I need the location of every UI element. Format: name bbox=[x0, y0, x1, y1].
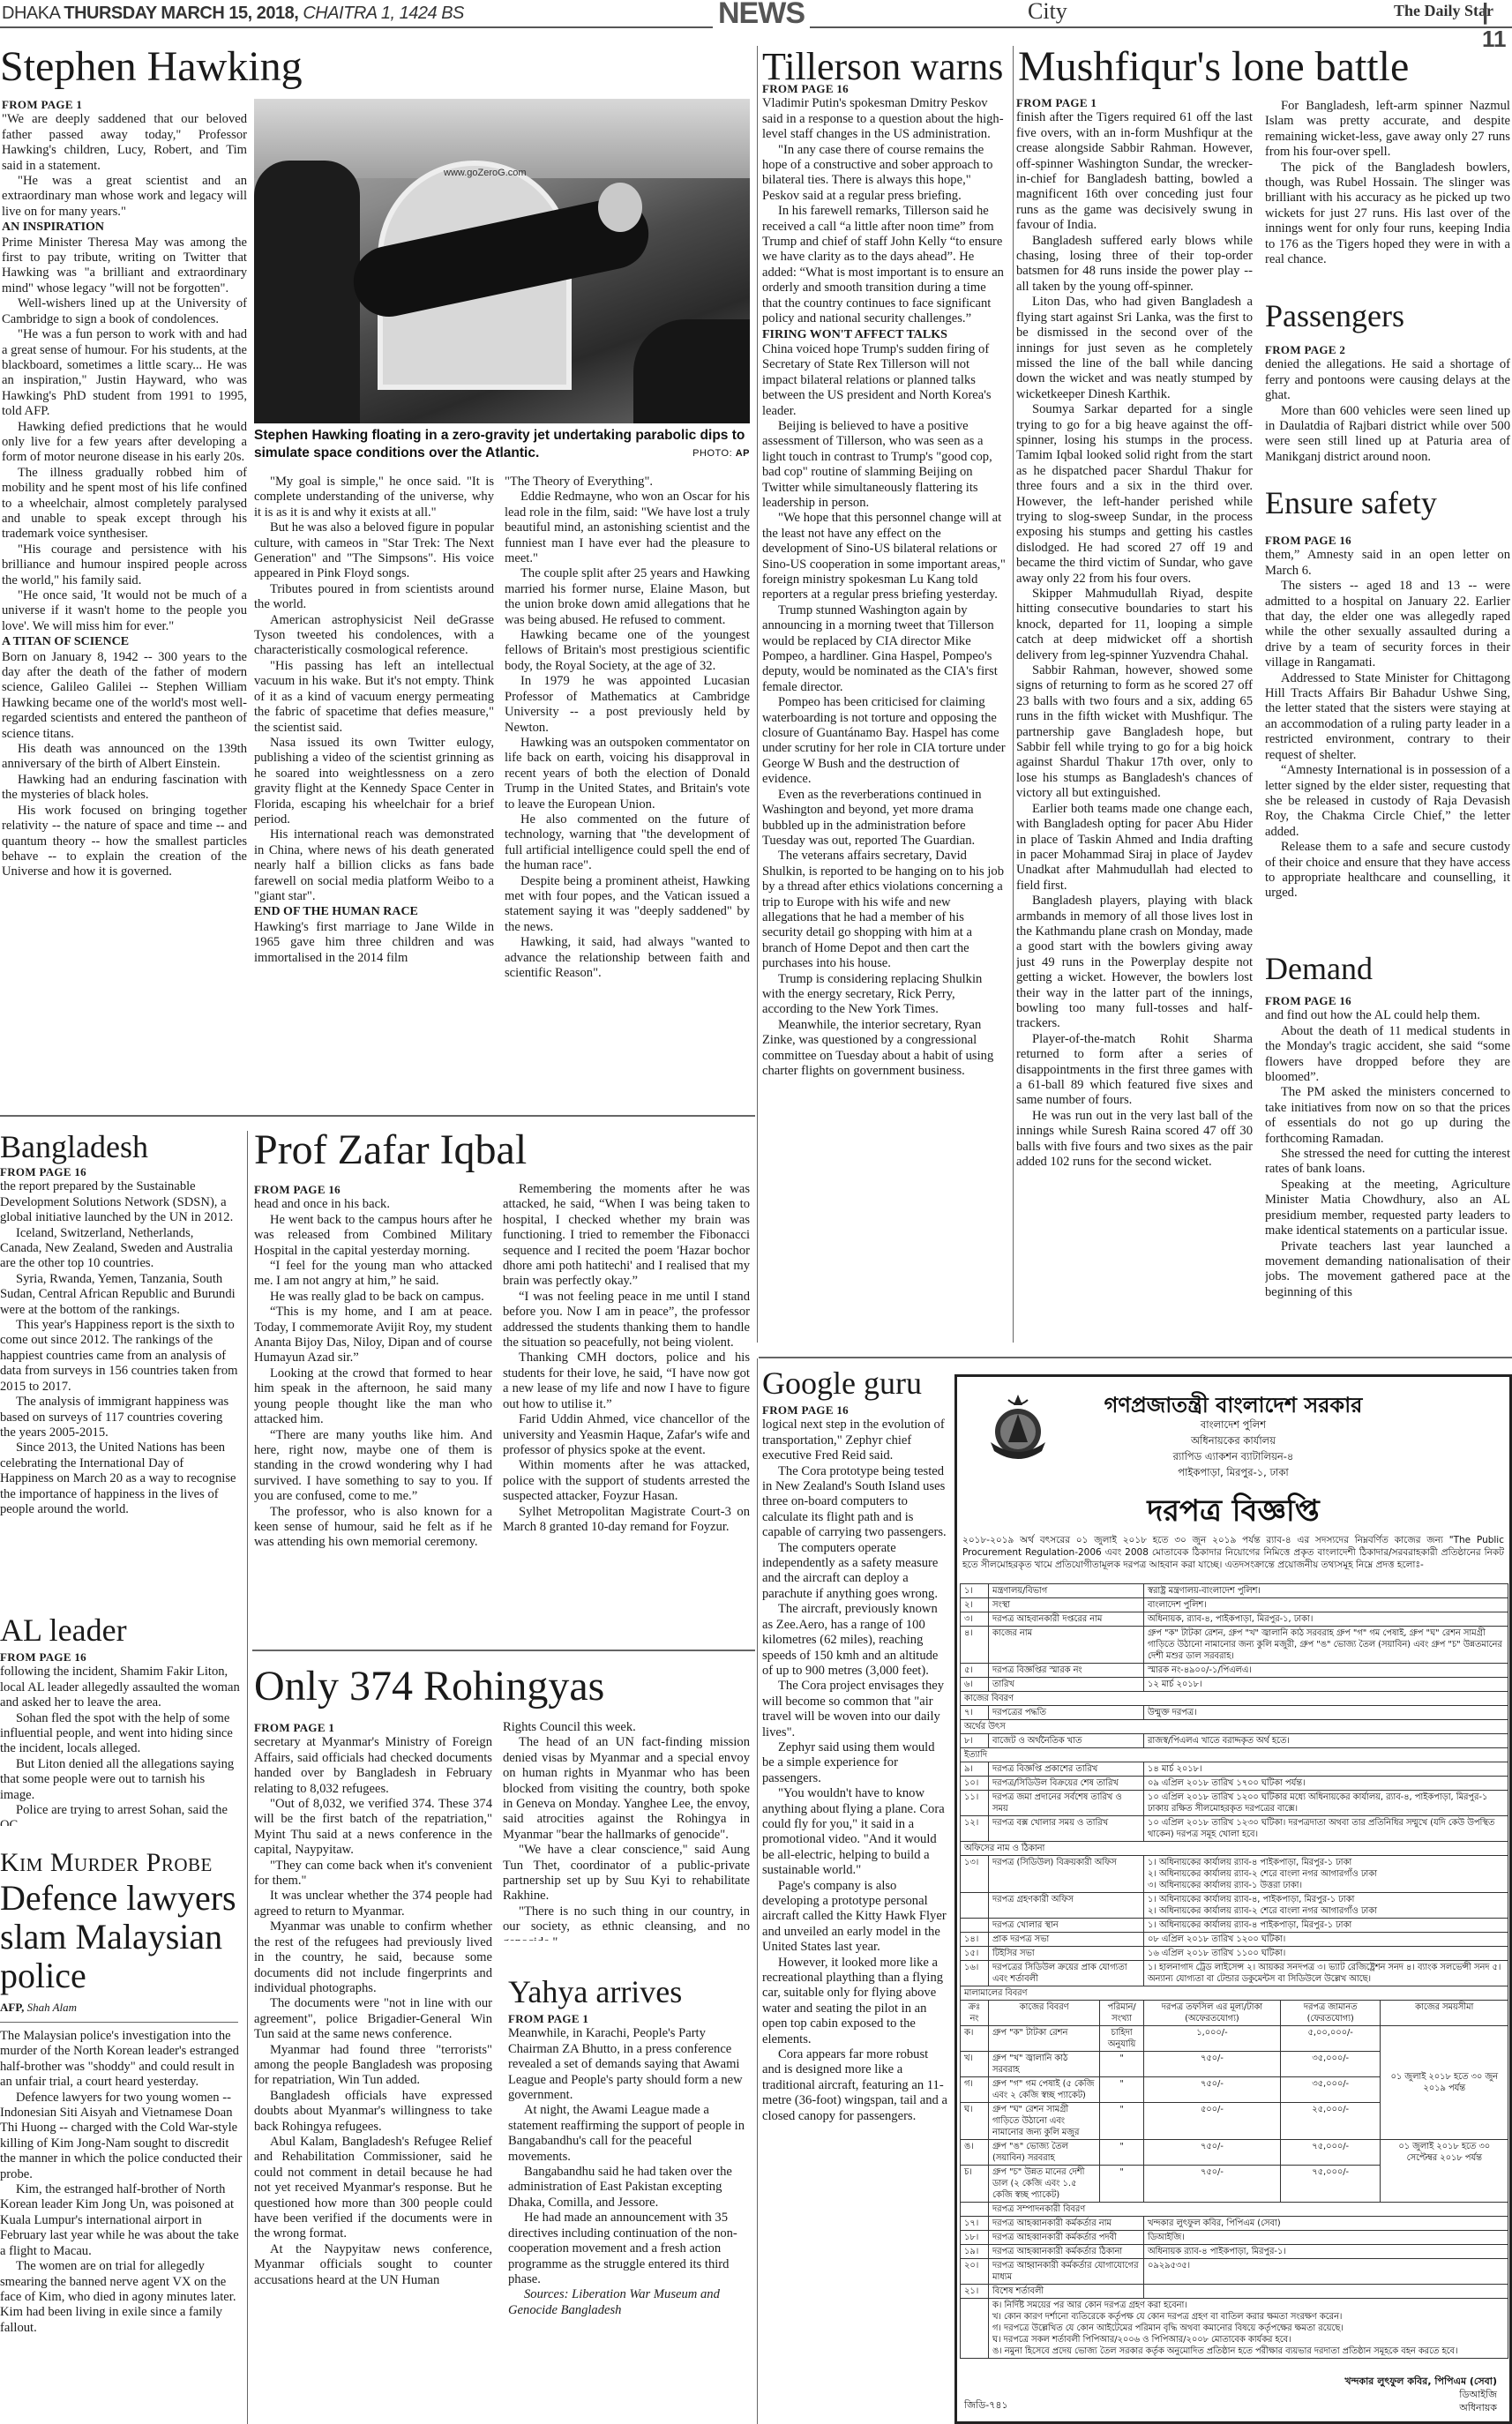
table-row: ১৪।প্রাক দরপত্র সভা০৮ এপ্রিল ২০১৮ তারিখ … bbox=[961, 1933, 1508, 1947]
table-row: দরপত্র খোলার স্থান১। অধিনায়কের কার্যালয… bbox=[961, 1919, 1508, 1933]
goods-row: ক।গ্রুপ "ক" টাটকা রেশনচাহিদা অনুযায়ি১,০… bbox=[961, 2026, 1508, 2052]
section-row: ইত্যাদি bbox=[961, 1748, 1508, 1762]
row-label: দরপত্র আহব্বানকারী কর্মকর্তার পদবী bbox=[989, 2231, 1144, 2245]
row-number: ১০। bbox=[961, 1777, 989, 1791]
paragraph: Sabbir Rahman, however, showed some sign… bbox=[1016, 663, 1253, 802]
row-number: ১৪। bbox=[961, 1933, 989, 1947]
special-conditions: ক। নির্দিষ্ট সময়ের পর আর কোন দরপত্র গ্র… bbox=[989, 2299, 1508, 2359]
paragraph: Skipper Mahmudullah Riyad, despite hitti… bbox=[1016, 587, 1253, 663]
paragraph: finish after the Tigers required 61 off … bbox=[1016, 110, 1253, 233]
paragraph: "We are deeply saddened that our beloved… bbox=[2, 112, 247, 174]
paragraph: He was really glad to be back on campus. bbox=[254, 1290, 492, 1305]
row-value: ১০ এপ্রিল ২০১৮ তারিখ ১২০০ ঘটিকার মধ্যে অ… bbox=[1144, 1791, 1508, 1816]
paragraph: Myanmar was unable to confirm whether th… bbox=[254, 1919, 492, 1996]
row-number: ৯। bbox=[961, 1762, 989, 1777]
row-label: দরপত্র গ্রহণকারী অফিস bbox=[989, 1893, 1144, 1919]
kicker: FROM PAGE 16 bbox=[0, 1650, 243, 1665]
article-headline-hawking: Stephen Hawking bbox=[0, 46, 303, 88]
section-row: দরপত্র সম্পাদনকারী বিবরণ bbox=[961, 2203, 1508, 2217]
photo-credit: PHOTO: AP bbox=[692, 445, 750, 462]
row-number: ৪। bbox=[961, 1627, 989, 1664]
paragraph: Born on January 8, 1942 -- 300 years to … bbox=[2, 650, 247, 742]
item-quantity: চাহিদা অনুযায়ি bbox=[1100, 2026, 1144, 2052]
demand-body: FROM PAGE 16 and find out how the AL cou… bbox=[1265, 993, 1510, 1337]
column-rule bbox=[247, 1131, 248, 2424]
google-body: FROM PAGE 16 logical next step in the ev… bbox=[762, 1403, 947, 2424]
item-deposit: ৩৫,০০০/- bbox=[1280, 2077, 1381, 2103]
column-rule bbox=[1013, 46, 1014, 1343]
section-row: কাজের বিবরণ bbox=[961, 1692, 1508, 1706]
paragraph: Hawking became one of the youngest fello… bbox=[505, 628, 750, 674]
dateline-city: DHAKA bbox=[2, 4, 59, 23]
section-label: দরপত্র সম্পাদনকারী বিবরণ bbox=[989, 2203, 1508, 2217]
section-label: ইত্যাদি bbox=[961, 1748, 1508, 1762]
row-label: বিশেষ শর্তাবলী bbox=[989, 2285, 1144, 2299]
kim-body: The Malaysian police's investigation int… bbox=[0, 2029, 245, 2421]
page-masthead: DHAKA THURSDAY MARCH 15, 2018, CHAITRA 1… bbox=[0, 0, 1512, 28]
paragraph: Rights Council this week. bbox=[503, 1720, 750, 1735]
article-body: logical next step in the evolution of tr… bbox=[762, 1418, 947, 2124]
paragraph: Hawking had an enduring fascination with… bbox=[2, 773, 247, 804]
article-headline-al-leader: AL leader bbox=[0, 1614, 127, 1646]
paragraph: "We have a clear conscience," said Aung … bbox=[503, 1843, 750, 1904]
subheading: FIRING WON'T AFFECT TALKS bbox=[762, 327, 1007, 342]
paragraph: The computers operate independently as a… bbox=[762, 1541, 947, 1603]
item-description: গ্রুপ "ঘ" রেশন সামগ্রী গাড়িতে উঠানো এবং… bbox=[989, 2103, 1100, 2140]
paragraph: "His passing has left an intellectual va… bbox=[254, 659, 494, 736]
dateline-bangla-date: CHAITRA 1, 1424 BS bbox=[303, 4, 464, 23]
paragraph: About the death of 11 medical students i… bbox=[1265, 1024, 1510, 1086]
item-period: ০১ জুলাই ২০১৮ হতে ৩০ সেপ্টেম্বর ২০১৮ পর্… bbox=[1381, 2140, 1508, 2203]
table-row: ৫।দরপত্র বিজ্ঞপ্তির স্মারক নংস্মারক নং-৪… bbox=[961, 1664, 1508, 1678]
row-label: প্রাক দরপত্র সভা bbox=[989, 1933, 1144, 1947]
paragraph: “Amnesty International is in possession … bbox=[1265, 763, 1510, 840]
table-row: ১৯।দরপত্র আহব্বানকারী কর্মকর্তার ঠিকানাঅ… bbox=[961, 2245, 1508, 2259]
row-number: ৭। bbox=[961, 1706, 989, 1720]
subheading: AN INSPIRATION bbox=[2, 220, 247, 235]
paragraph: “This is my home, and I am at peace. Tod… bbox=[254, 1305, 492, 1366]
row-label: দরপত্র আহব্বানকারী কর্মকর্তার ঠিকানা bbox=[989, 2245, 1144, 2259]
paragraph: The pick of the Bangladesh bowlers, thou… bbox=[1265, 161, 1510, 268]
article-headline-bangladesh: Bangladesh bbox=[0, 1131, 148, 1163]
row-value bbox=[1144, 2285, 1508, 2299]
paragraph: His work focused on bringing together re… bbox=[2, 804, 247, 880]
byline-agency: AFP, bbox=[0, 2001, 24, 2014]
paragraph: The illness gradually robbed him of mobi… bbox=[2, 466, 247, 542]
row-label: দরপত্র বিজ্ঞপ্তি প্রকাশের তারিখ bbox=[989, 1762, 1144, 1777]
article-body: following the incident, Shamim Fakir Lit… bbox=[0, 1665, 243, 1826]
row-number: ৬। bbox=[961, 1678, 989, 1692]
row-label: বাজেট ও অর্থনৈতিক খাত bbox=[989, 1734, 1144, 1748]
paragraph: Well-wishers lined up at the University … bbox=[2, 296, 247, 327]
row-number: ১৫। bbox=[961, 1947, 989, 1961]
row-value: ডিআইজি। bbox=[1144, 2231, 1508, 2245]
row-value: স্মারক নং-৪৯০০/-১/পিএলএ। bbox=[1144, 1664, 1508, 1678]
paragraph: "There is no such thing in our country, … bbox=[503, 1904, 750, 1941]
paragraph: China voiced hope Trump's sudden firing … bbox=[762, 342, 1007, 419]
row-number: ৫। bbox=[961, 1664, 989, 1678]
al-leader-body: FROM PAGE 16 following the incident, Sha… bbox=[0, 1650, 243, 1826]
paragraph: This year's Happiness report is the sixt… bbox=[0, 1318, 238, 1395]
paragraph: The analysis of immigrant happiness was … bbox=[0, 1395, 238, 1440]
row-value: ০৯ এপ্রিল ২০১৮ তারিখ ১৭০০ ঘটিকা পর্যন্ত। bbox=[1144, 1777, 1508, 1791]
section-label: NEWS bbox=[713, 0, 810, 31]
ad-org-line: বাংলাদেশ পুলিশ bbox=[957, 1418, 1509, 1434]
paragraph: and find out how the AL could help them. bbox=[1265, 1008, 1510, 1023]
paragraph: Bangabandhu said he had taken over the a… bbox=[508, 2165, 752, 2211]
paragraph: Liton Das, who had given Bangladesh a fl… bbox=[1016, 295, 1253, 402]
paragraph: secretary at Myanmar's Ministry of Forei… bbox=[254, 1735, 492, 1797]
dateline-date: THURSDAY MARCH 15, 2018, bbox=[64, 4, 298, 23]
paragraph: Trump stunned Washington again by announ… bbox=[762, 603, 1007, 695]
item-number: গ। bbox=[961, 2077, 989, 2103]
paragraph: Abul Kalam, Bangladesh's Refugee Relief … bbox=[254, 2135, 492, 2242]
photo-hawking-face bbox=[598, 183, 642, 232]
paragraph: His death was announced on the 139th ann… bbox=[2, 742, 247, 773]
row-label: দরপত্র জমা প্রদানের সর্বশেষ তারিখ ও সময় bbox=[989, 1791, 1144, 1816]
paragraph: logical next step in the evolution of tr… bbox=[762, 1418, 947, 1463]
mushfiqur-col-1: FROM PAGE 1 finish after the Tigers requ… bbox=[1016, 95, 1253, 1339]
paragraph: Kim, the estranged half-brother of North… bbox=[0, 2182, 245, 2259]
article-body: Remembering the moments after he was att… bbox=[503, 1182, 750, 1535]
paragraph: The Cora prototype being tested in New Z… bbox=[762, 1464, 947, 1541]
item-number: চ। bbox=[961, 2166, 989, 2203]
paragraph: For Bangladesh, left-arm spinner Nazmul … bbox=[1265, 99, 1510, 161]
paragraph: The veterans affairs secretary, David Sh… bbox=[762, 849, 1007, 971]
article-headline-mushfiqur: Mushfiqur's lone battle bbox=[1018, 46, 1409, 88]
row-label: টিইসির সভা bbox=[989, 1947, 1144, 1961]
row-value: ১২ মার্চ ২০১৮। bbox=[1144, 1678, 1508, 1692]
paragraph: Syria, Rwanda, Yemen, Tanzania, South Su… bbox=[0, 1272, 238, 1318]
item-description: গ্রুপ "ক" টাটকা রেশন bbox=[989, 2026, 1100, 2052]
paragraph: Thanking CMH doctors, police and his stu… bbox=[503, 1350, 750, 1412]
item-quantity: " bbox=[1100, 2140, 1144, 2166]
condition-item: ঘ। দরপত্রে সকল শর্তাবলী পিপিআর/২০০৬ ও পি… bbox=[992, 2334, 1504, 2345]
article-overline-kim: Kim Murder Probe bbox=[0, 1848, 213, 1878]
table-row: ২।সংস্থাবাংলাদেশ পুলিশ। bbox=[961, 1598, 1508, 1612]
paragraph: But Liton denied all the allegations say… bbox=[0, 1757, 243, 1803]
paragraph: "We hope that this personnel change will… bbox=[762, 511, 1007, 602]
photo-person-left bbox=[254, 161, 360, 423]
paragraph: Even as the reverberations continued in … bbox=[762, 788, 1007, 849]
kicker: FROM PAGE 16 bbox=[762, 81, 1007, 96]
item-description: গ্রুপ "চ" উন্নত মানের দেশী ডাল (২ কেজি এ… bbox=[989, 2166, 1100, 2203]
item-schedule-price: ৭৫০/- bbox=[1144, 2166, 1281, 2203]
table-row: ২১।বিশেষ শর্তাবলী bbox=[961, 2285, 1508, 2299]
hawking-col-2: "My goal is simple," he once said. "It i… bbox=[254, 475, 494, 1111]
credit-source: AP bbox=[736, 448, 750, 459]
row-value: ০৯২৯৫৩৫। bbox=[1144, 2259, 1508, 2285]
item-schedule-price: ৭৫০/- bbox=[1144, 2052, 1281, 2077]
paragraph: The couple split after 25 years and Hawk… bbox=[505, 566, 750, 628]
source-note: Sources: Liberation War Museum and Genoc… bbox=[508, 2287, 752, 2318]
paragraph: More than 600 vehicles were seen lined u… bbox=[1265, 404, 1510, 466]
item-description: গ্রুপ "ঙ" ভোজ্য তৈল (সয়াবিন) সরবরাহ bbox=[989, 2140, 1100, 2166]
paragraph: At the Naypyitaw news conference, Myanma… bbox=[254, 2242, 492, 2288]
subsection-label: City bbox=[1028, 0, 1067, 25]
signatory-rank: ডিআইজি bbox=[1344, 2388, 1497, 2401]
row-label: তারিখ bbox=[989, 1678, 1144, 1692]
item-number: খ। bbox=[961, 2052, 989, 2077]
article-body: For Bangladesh, left-arm spinner Nazmul … bbox=[1265, 99, 1510, 267]
paragraph: The Malaysian police's investigation int… bbox=[0, 2029, 245, 2091]
paragraph: Cora appears far more robust and is desi… bbox=[762, 2047, 947, 2124]
mushfiqur-col-2: For Bangladesh, left-arm spinner Nazmul … bbox=[1265, 99, 1510, 293]
newspaper-logo: The Daily Star bbox=[1394, 2, 1493, 20]
article-body: "My goal is simple," he once said. "It i… bbox=[254, 475, 494, 966]
paragraph: Soumya Sarkar departed for a single tryi… bbox=[1016, 402, 1253, 587]
section-label: অর্থের উৎস bbox=[961, 1720, 1508, 1734]
row-value: ১০ এপ্রিল ২০১৮ তারিখ ১২৩০ ঘটিকা। দরপত্রদ… bbox=[1144, 1816, 1508, 1842]
paragraph: Earlier both teams made one change each,… bbox=[1016, 802, 1253, 894]
paragraph: Looking at the crowd that formed to hear… bbox=[254, 1366, 492, 1428]
paragraph: denied the allegations. He said a shorta… bbox=[1265, 357, 1510, 403]
item-description: গ্রুপ "খ" জ্বালানি কাঠ সরবরাহ bbox=[989, 2052, 1100, 2077]
row-number bbox=[961, 1893, 989, 1919]
table-row: ৯।দরপত্র বিজ্ঞপ্তি প্রকাশের তারিখ১৪ মার্… bbox=[961, 1762, 1508, 1777]
table-row: ৭।দরপত্রের পদ্ধতিউন্মুক্ত দরপত্র। bbox=[961, 1706, 1508, 1720]
paragraph: Meanwhile, the interior secretary, Ryan … bbox=[762, 1018, 1007, 1080]
section-label: কাজের বিবরণ bbox=[961, 1692, 1508, 1706]
row-number: ১২। bbox=[961, 1816, 989, 1842]
byline-rule bbox=[0, 2022, 238, 2023]
paragraph: "They can come back when it's convenient… bbox=[254, 1859, 492, 1889]
row-label: দরপত্র (সিডিউল) বিক্রয়কারী অফিস bbox=[989, 1856, 1144, 1893]
paragraph: He also commented on the future of techn… bbox=[505, 812, 750, 874]
row-value: রাজস্ব/পিএলএ খাতে বরাদ্দকৃত অর্থ হতে। bbox=[1144, 1734, 1508, 1748]
paragraph: Zephyr said using them would be a simple… bbox=[762, 1740, 947, 1786]
paragraph: “I feel for the young man who attacked m… bbox=[254, 1259, 492, 1290]
kicker: FROM PAGE 16 bbox=[1265, 993, 1510, 1008]
article-headline-passengers: Passengers bbox=[1265, 300, 1404, 332]
item-deposit: ৫,০০,০০০/- bbox=[1280, 2026, 1381, 2052]
kicker: FROM PAGE 16 bbox=[1265, 533, 1510, 548]
conditions-row: ক। নির্দিষ্ট সময়ের পর আর কোন দরপত্র গ্র… bbox=[961, 2299, 1508, 2359]
paragraph: He was run out in the very last ball of … bbox=[1016, 1109, 1253, 1171]
paragraph: Within moments after he was attacked, po… bbox=[503, 1458, 750, 1504]
paragraph: the report prepared by the Sustainable D… bbox=[0, 1179, 238, 1225]
row-value: ১। অধিনায়কের কার্যালয় র‌্যাব-৪ পাইকপাড… bbox=[1144, 1856, 1508, 1893]
paragraph: Speaking at the meeting, Agriculture Min… bbox=[1265, 1178, 1510, 1239]
paragraph: "He was a great scientist and an extraor… bbox=[2, 174, 247, 220]
column-rule bbox=[757, 1358, 758, 2424]
section-row: অফিসের নাম ও ঠিকানা bbox=[961, 1842, 1508, 1856]
paragraph: Hawking was an outspoken commentator on … bbox=[505, 736, 750, 812]
hawking-col-3: "The Theory of Everything".Eddie Redmayn… bbox=[505, 475, 750, 1111]
page-number-value: 11 bbox=[1482, 26, 1507, 52]
column-header: কাজের বিবরণ bbox=[989, 2001, 1100, 2026]
paragraph: The professor, who is also known for a k… bbox=[254, 1505, 492, 1551]
column-header: পরিমান/সংখ্যা bbox=[1100, 2001, 1144, 2026]
row-value: খন্দকার লুৎফুল কবির, পিপিএম (সেবা) bbox=[1144, 2217, 1508, 2231]
passengers-body: FROM PAGE 2 denied the allegations. He s… bbox=[1265, 342, 1510, 475]
table-row: ২০।দরপত্র আহ্বানকারী কর্মকর্তার যোগাযোগে… bbox=[961, 2259, 1508, 2285]
item-schedule-price: ৭৫০/- bbox=[1144, 2077, 1281, 2103]
kicker: FROM PAGE 16 bbox=[0, 1164, 238, 1179]
paragraph: Farid Uddin Ahmed, vice chancellor of th… bbox=[503, 1412, 750, 1458]
article-headline-kim: Defence lawyers slam Malaysian police bbox=[0, 1879, 247, 1995]
article-headline-yahya: Yahya arrives bbox=[508, 1976, 682, 2008]
item-number: ক। bbox=[961, 2026, 989, 2052]
paragraph: Vladimir Putin's spokesman Dmitry Peskov… bbox=[762, 96, 1007, 142]
row-value: ১। হালনাগাদ ট্রেড লাইসেন্স ২। আয়কর সনদপ… bbox=[1144, 1961, 1508, 1986]
row-value: বাংলাদেশ পুলিশ। bbox=[1144, 1598, 1508, 1612]
paragraph: Hawking defied predictions that he would… bbox=[2, 420, 247, 466]
table-row: দরপত্র গ্রহণকারী অফিস১। অধিনায়কের কার্য… bbox=[961, 1893, 1508, 1919]
row-number: ২০। bbox=[961, 2259, 989, 2285]
column-header: ক্রঃ নং bbox=[961, 2001, 989, 2026]
byline-place: Shah Alam bbox=[27, 2001, 77, 2014]
row-label: দরপত্রের সিডিউল ক্রয়ের প্রাক যোগ্যতা এব… bbox=[989, 1961, 1144, 1986]
row-label: দরপত্র আহবানকারী দপ্তরের নাম bbox=[989, 1612, 1144, 1627]
row-number: ১৩। bbox=[961, 1856, 989, 1893]
paragraph: Private teachers last year launched a mo… bbox=[1265, 1239, 1510, 1301]
zafar-col-2: Remembering the moments after he was att… bbox=[503, 1182, 750, 1641]
table-row: ১১।দরপত্র জমা প্রদানের সর্বশেষ তারিখ ও স… bbox=[961, 1791, 1508, 1816]
ad-notice-title: দরপত্র বিজ্ঞপ্তি bbox=[957, 1488, 1509, 1538]
tender-info-rows: ১।মন্ত্রণালয়/বিভাগস্বরাষ্ট্র মন্ত্রণালয… bbox=[961, 1584, 1508, 2359]
item-schedule-price: ১,০০০/- bbox=[1144, 2026, 1281, 2052]
condition-item: ক। নির্দিষ্ট সময়ের পর আর কোন দরপত্র গ্র… bbox=[992, 2300, 1504, 2311]
article-headline-ensure-safety: Ensure safety bbox=[1265, 487, 1437, 519]
paragraph: Despite being a prominent atheist, Hawki… bbox=[505, 874, 750, 936]
paragraph: She stressed the need for cutting the in… bbox=[1265, 1147, 1510, 1178]
article-body: the report prepared by the Sustainable D… bbox=[0, 1179, 238, 1517]
section-rule bbox=[252, 1650, 755, 1651]
byline: AFP, Shah Alam bbox=[0, 2001, 77, 2015]
paragraph: Pompeo has been criticised for claiming … bbox=[762, 695, 1007, 787]
article-body: Rights Council this week.The head of an … bbox=[503, 1720, 750, 1941]
row-value: ০৮ এপ্রিল ২০১৮ তারিখ ১২০০ ঘটিকা। bbox=[1144, 1933, 1508, 1947]
paragraph: "He was a fun person to work with and ha… bbox=[2, 327, 247, 419]
paragraph: American astrophysicist Neil deGrasse Ty… bbox=[254, 613, 494, 659]
row-number: ১৭। bbox=[961, 2217, 989, 2231]
tillerson-body: FROM PAGE 16 Vladimir Putin's spokesman … bbox=[762, 81, 1007, 1343]
ensure-safety-body: FROM PAGE 16 them,” Amnesty said in an o… bbox=[1265, 533, 1510, 947]
row-number: ২। bbox=[961, 1598, 989, 1612]
article-body: head and once in his back.He went back t… bbox=[254, 1197, 492, 1550]
table-row: ১।মন্ত্রণালয়/বিভাগস্বরাষ্ট্র মন্ত্রণালয… bbox=[961, 1584, 1508, 1598]
paragraph: Tributes poured in from scientists aroun… bbox=[254, 582, 494, 613]
subheading: A TITAN OF SCIENCE bbox=[2, 634, 247, 649]
goods-header-row: ক্রঃ নংকাজের বিবরণপরিমান/সংখ্যাদরপত্র তফ… bbox=[961, 2001, 1508, 2026]
kicker: FROM PAGE 16 bbox=[254, 1182, 492, 1197]
row-label: কাজের নাম bbox=[989, 1627, 1144, 1664]
paragraph: "My goal is simple," he once said. "It i… bbox=[254, 475, 494, 520]
item-quantity: " bbox=[1100, 2166, 1144, 2203]
table-row: ১০।দরপত্র/সিডিউল বিক্রয়ের শেষ তারিখ০৯ এ… bbox=[961, 1777, 1508, 1791]
paragraph: In 1979 he was appointed Lucasian Profes… bbox=[505, 674, 750, 736]
paragraph: Page's company is also developing a prot… bbox=[762, 1879, 947, 1956]
row-number: ৩। bbox=[961, 1612, 989, 1627]
row-number bbox=[961, 1919, 989, 1933]
paragraph: "Out of 8,032, we verified 374. These 37… bbox=[254, 1797, 492, 1859]
item-deposit: ৭৫,০০০/- bbox=[1280, 2166, 1381, 2203]
paragraph: Trump is considering replacing Shulkin w… bbox=[762, 972, 1007, 1018]
row-label: দরপত্র খোলার স্থান bbox=[989, 1919, 1144, 1933]
paragraph: The aircraft, previously known as Zee.Ae… bbox=[762, 1602, 947, 1679]
item-deposit: ৩৫,০০০/- bbox=[1280, 2052, 1381, 2077]
condition-item: খ। কোন কারণ দর্শানো ব্যতিরেকে কর্তৃপক্ষ … bbox=[992, 2311, 1504, 2323]
ad-intro-text: ২০১৮-২০১৯ অর্থ বৎসরের ০১ জুলাই ২০১৮ হতে … bbox=[962, 1534, 1504, 1571]
row-number: ৮। bbox=[961, 1734, 989, 1748]
paragraph: The documents were "not in line with our… bbox=[254, 1996, 492, 2042]
column-header: দরপত্র তফসিল এর মূল্য/টাকা (অফেরতযোগ্য) bbox=[1144, 2001, 1281, 2026]
ad-signature: খন্দকার লুৎফুল কবির, পিপিএম (সেবা) ডিআইজ… bbox=[1344, 2375, 1497, 2414]
goods-row: ঙ।গ্রুপ "ঙ" ভোজ্য তৈল (সয়াবিন) সরবরাহ"৭… bbox=[961, 2140, 1508, 2166]
section-rule bbox=[759, 1357, 1512, 1358]
table-row: ১৩।দরপত্র (সিডিউল) বিক্রয়কারী অফিস১। অধ… bbox=[961, 1856, 1508, 1893]
paragraph: “I was not feeling peace in me until I s… bbox=[503, 1290, 750, 1351]
photo-person-right bbox=[633, 319, 750, 423]
paragraph: "His courage and persistence with his br… bbox=[2, 542, 247, 588]
paragraph: Hawking, it said, had always "wanted to … bbox=[505, 935, 750, 981]
paragraph: Sylhet Metropolitan Magistrate Court-3 o… bbox=[503, 1505, 750, 1536]
article-body: "The Theory of Everything".Eddie Redmayn… bbox=[505, 475, 750, 981]
ad-org-line: অধিনায়কের কার্যালয় bbox=[957, 1433, 1509, 1450]
table-row: ৪।কাজের নামগ্রুপ "ক" টাটকা রেশন, গ্রুপ "… bbox=[961, 1627, 1508, 1664]
row-label: দরপত্র আহ্বানকারী কর্মকর্তার যোগাযোগের ম… bbox=[989, 2259, 1144, 2285]
item-schedule-price: ৫০০/- bbox=[1144, 2103, 1281, 2140]
paragraph: Bangladesh suffered early blows while ch… bbox=[1016, 234, 1253, 296]
paragraph: Player-of-the-match Rohit Sharma returne… bbox=[1016, 1032, 1253, 1109]
ad-org-line: পাইকপাড়া, মিরপুর-১, ঢাকা bbox=[957, 1465, 1509, 1482]
row-value: গ্রুপ "ক" টাটকা রেশন, গ্রুপ "খ" জ্বালানি… bbox=[1144, 1627, 1508, 1664]
dateline: DHAKA THURSDAY MARCH 15, 2018, CHAITRA 1… bbox=[2, 4, 464, 24]
item-number: ঙ। bbox=[961, 2140, 989, 2166]
paragraph: Defence lawyers for two young women -- I… bbox=[0, 2091, 245, 2182]
article-headline-demand: Demand bbox=[1265, 953, 1373, 984]
kicker: FROM PAGE 1 bbox=[508, 2011, 752, 2026]
section-label: মালামালের বিবরণ bbox=[961, 1986, 1508, 2001]
row-label: দরপত্র বক্স খোলার সময় ও তারিখ bbox=[989, 1816, 1144, 1842]
photo-sign-text: www.goZeroG.com bbox=[444, 168, 527, 178]
section-row: অর্থের উৎস bbox=[961, 1720, 1508, 1734]
section-rule bbox=[0, 1115, 755, 1117]
item-number: ঘ। bbox=[961, 2103, 989, 2140]
page-number: | 11 bbox=[1482, 0, 1512, 53]
paragraph: Release them to a safe and secure custod… bbox=[1265, 840, 1510, 902]
row-value: ১। অধিনায়কের কার্যালয় র‌্যাব-৪ পাইকপাড… bbox=[1144, 1919, 1508, 1933]
row-label: দরপত্র/সিডিউল বিক্রয়ের শেষ তারিখ bbox=[989, 1777, 1144, 1791]
paragraph: His international reach was demonstrated… bbox=[254, 827, 494, 904]
table-row: ১৭।দরপত্র আহব্বানকারী কর্মকর্তার নামখন্দ… bbox=[961, 2217, 1508, 2231]
row-value: ১। অধিনায়কের কার্যালয় র‌্যাব-৪, পাইকপা… bbox=[1144, 1893, 1508, 1919]
paragraph: Since 2013, the United Nations has been … bbox=[0, 1440, 238, 1517]
paragraph: following the incident, Shamim Fakir Lit… bbox=[0, 1665, 243, 1710]
article-headline-google: Google guru bbox=[762, 1367, 922, 1399]
paragraph: However, it looked more like a recreatio… bbox=[762, 1956, 947, 2047]
article-body: secretary at Myanmar's Ministry of Forei… bbox=[254, 1735, 492, 2288]
kicker: FROM PAGE 1 bbox=[1016, 95, 1253, 110]
row-value: ১৪ মার্চ ২০১৮। bbox=[1144, 1762, 1508, 1777]
paragraph: head and once in his back. bbox=[254, 1197, 492, 1212]
row-number: ২১। bbox=[961, 2285, 989, 2299]
item-deposit: ২৫,০০০/- bbox=[1280, 2103, 1381, 2140]
column-header: কাজের সময়সীমা bbox=[1381, 2001, 1508, 2026]
item-deposit: ৭৫,০০০/- bbox=[1280, 2140, 1381, 2166]
signatory-name: খন্দকার লুৎফুল কবির, পিপিএম (সেবা) bbox=[1344, 2375, 1497, 2388]
column-rule bbox=[757, 46, 758, 1343]
paragraph: The Cora project envisages they will bec… bbox=[762, 1679, 947, 1740]
signatory-title: অধিনায়ক bbox=[1344, 2401, 1497, 2414]
row-number: ১। bbox=[961, 1584, 989, 1598]
paragraph: The PM asked the ministers concerned to … bbox=[1265, 1085, 1510, 1147]
article-body: them,” Amnesty said in an open letter on… bbox=[1265, 548, 1510, 901]
item-quantity: " bbox=[1100, 2077, 1144, 2103]
article-body: finish after the Tigers required 61 off … bbox=[1016, 110, 1253, 1170]
ad-org-line: র‌্যাপিড এ্যাকশন ব্যাটালিয়ন-৪ bbox=[957, 1449, 1509, 1466]
